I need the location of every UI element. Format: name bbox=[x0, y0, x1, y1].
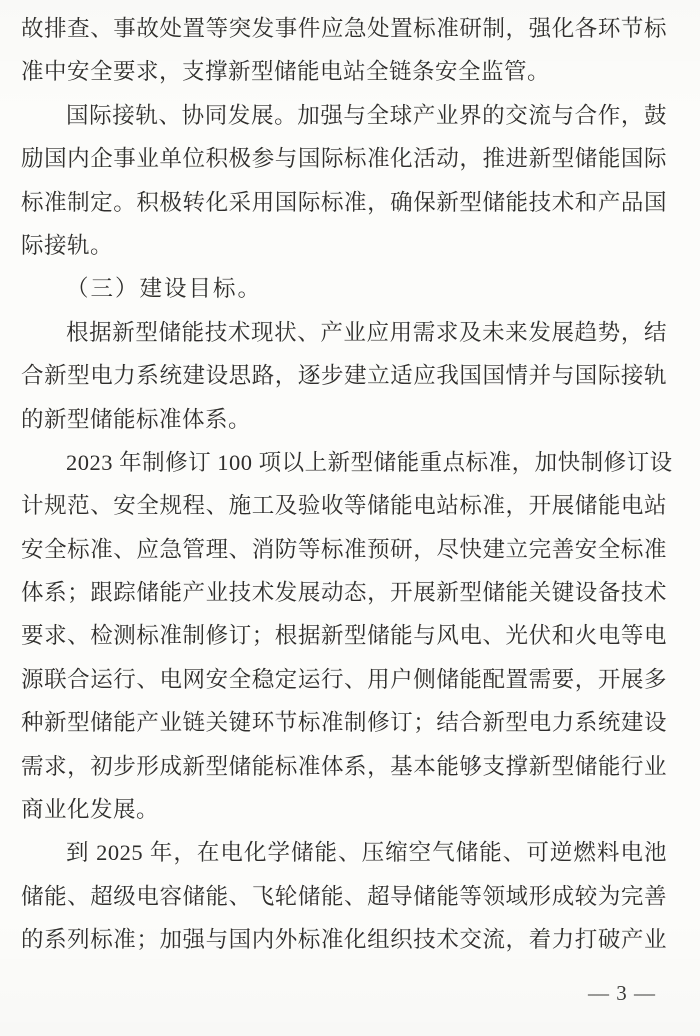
text-line: 国际接轨、协同发展。加强与全球产业界的交流与合作，鼓 bbox=[21, 94, 667, 137]
text-line: 标准制定。积极转化采用国际标准，确保新型储能技术和产品国 bbox=[21, 181, 667, 224]
text-line: 的系列标准；加强与国内外标准化组织技术交流，着力打破产业 bbox=[21, 918, 667, 961]
text-line: 合新型电力系统建设思路，逐步建立适应我国国情并与国际接轨 bbox=[21, 354, 667, 397]
text-line: 准中安全要求，支撑新型储能电站全链条安全监管。 bbox=[21, 50, 667, 93]
page-number: — 3 — bbox=[588, 981, 656, 1006]
text-line: 体系；跟踪储能产业技术发展动态，开展新型储能关键设备技术 bbox=[21, 571, 667, 614]
text-line: 商业化发展。 bbox=[21, 788, 667, 831]
document-page: 故排查、事故处置等突发事件应急处置标准研制，强化各环节标准中安全要求，支撑新型储… bbox=[0, 0, 700, 1036]
text-line: 的新型储能标准体系。 bbox=[21, 398, 667, 441]
text-line: （三）建设目标。 bbox=[21, 267, 667, 310]
text-line: 到 2025 年，在电化学储能、压缩空气储能、可逆燃料电池 bbox=[21, 831, 667, 874]
text-line: 励国内企事业单位积极参与国际标准化活动，推进新型储能国际 bbox=[21, 137, 667, 180]
text-line: 需求，初步形成新型储能标准体系，基本能够支撑新型储能行业 bbox=[21, 745, 667, 788]
document-body: 故排查、事故处置等突发事件应急处置标准研制，强化各环节标准中安全要求，支撑新型储… bbox=[21, 7, 667, 962]
text-line: 故排查、事故处置等突发事件应急处置标准研制，强化各环节标 bbox=[21, 7, 667, 50]
text-line: 储能、超级电容储能、飞轮储能、超导储能等领域形成较为完善 bbox=[21, 875, 667, 918]
text-line: 安全标准、应急管理、消防等标准预研，尽快建立完善安全标准 bbox=[21, 528, 667, 571]
text-line: 种新型储能产业链关键环节标准制修订；结合新型电力系统建设 bbox=[21, 701, 667, 744]
text-line: 际接轨。 bbox=[21, 224, 667, 267]
text-line: 源联合运行、电网安全稳定运行、用户侧储能配置需要，开展多 bbox=[21, 658, 667, 701]
text-line: 根据新型储能技术现状、产业应用需求及未来发展趋势，结 bbox=[21, 311, 667, 354]
text-line: 2023 年制修订 100 项以上新型储能重点标准，加快制修订设 bbox=[21, 441, 667, 484]
text-line: 要求、检测标准制修订；根据新型储能与风电、光伏和火电等电 bbox=[21, 614, 667, 657]
text-line: 计规范、安全规程、施工及验收等储能电站标准，开展储能电站 bbox=[21, 484, 667, 527]
